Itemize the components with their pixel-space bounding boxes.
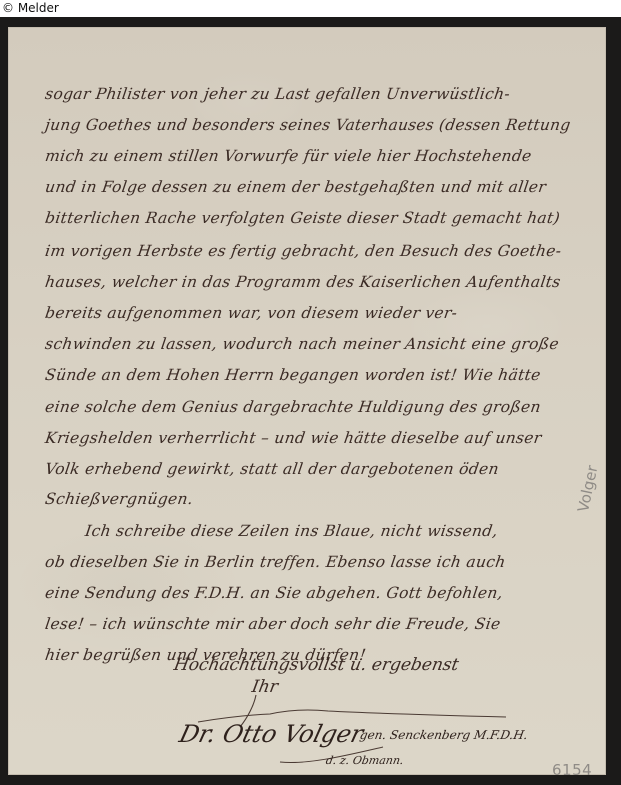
letter-line: eine solche dem Genius dargebrachte Huld… [44,398,542,416]
letter-line: schwinden zu lassen, wodurch nach meiner… [44,335,560,353]
letter-line: und in Folge dessen zu einem der bestgeh… [44,178,547,196]
letter-line: eine Sendung des F.D.H. an Sie abgehen. … [44,584,504,602]
letter-line: jung Goethes und besonders seines Vaterh… [44,116,572,134]
letter-line: Volk erhebend gewirkt, statt all der dar… [44,460,500,478]
closing-ihr: Ihr [250,677,279,697]
letter-line: mich zu einem stillen Vorwurfe für viele… [44,147,533,165]
letter-line: im vorigen Herbste es fertig gebracht, d… [44,242,563,260]
letter-line: ob dieselben Sie in Berlin treffen. Eben… [44,553,507,571]
copyright-credit: © Melder [0,0,621,17]
letter-line: Ich schreibe diese Zeilen ins Blaue, nic… [84,522,499,540]
pencil-margin-name: Volger [574,464,601,514]
letter-line: hauses, welcher in das Programm des Kais… [44,273,562,291]
letter-line: sogar Philister von jeher zu Last gefall… [44,85,547,103]
letter-line: bitterlichen Rache verfolgten Geiste die… [44,209,561,227]
signature-affix: gen. Senckenberg M.F.D.H. [359,728,529,742]
signature-name: Dr. Otto Volger [177,720,367,748]
letter-line: lese! – ich wünschte mir aber doch sehr … [44,615,502,633]
letter-line: bereits aufgenommen war, von diesem wied… [44,304,458,322]
closing-line: Hochachtungsvollst u. ergebenst [172,655,460,675]
signature-title: d. z. Obmann. [325,754,405,767]
pencil-catalog-number: 6154 [552,761,592,775]
scan-frame: sogar Philister von jeher zu Last gefall… [0,17,621,785]
letter-line: Kriegshelden verherrlicht – und wie hätt… [44,429,543,447]
letter-page: sogar Philister von jeher zu Last gefall… [8,27,606,775]
letter-line: Schießvergnügen. [44,490,194,508]
letter-line: Sünde an dem Hohen Herrn begangen worden… [44,366,542,384]
